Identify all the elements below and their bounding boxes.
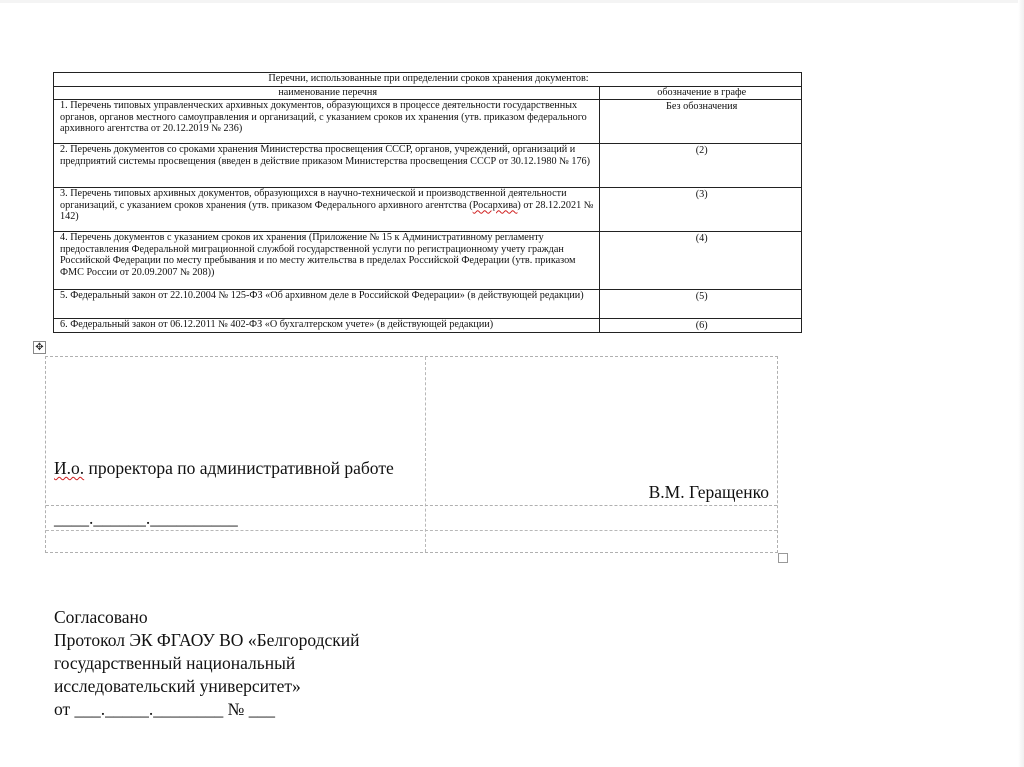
table-title-row: Перечни, использованные при определении … (54, 73, 802, 87)
approval-block: Согласовано Протокол ЭК ФГАОУ ВО «Белгор… (54, 606, 474, 721)
mark-cell[interactable]: (6) (600, 319, 802, 333)
page-right-edge (1018, 0, 1024, 767)
signatory-position[interactable]: И.о. проректора по административной рабо… (54, 457, 424, 480)
table-row: 1. Перечень типовых управленческих архив… (54, 100, 802, 144)
table-resize-handle[interactable] (778, 553, 788, 563)
gridline-horizontal (46, 505, 777, 506)
move-arrows-icon: ✥ (35, 342, 43, 353)
table-row: 6. Федеральный закон от 06.12.2011 № 402… (54, 319, 802, 333)
misspelled-word[interactable]: Росархива (473, 200, 518, 211)
misspelled-word[interactable]: И.о. (54, 458, 84, 478)
table-title[interactable]: Перечни, использованные при определении … (54, 73, 802, 87)
list-name-cell[interactable]: 4. Перечень документов с указанием сроко… (54, 232, 600, 290)
signature-date-line[interactable]: ____.______.__________ (54, 507, 238, 530)
list-name-cell[interactable]: 1. Перечень типовых управленческих архив… (54, 100, 600, 144)
mark-cell[interactable]: (2) (600, 144, 802, 188)
page-top-edge (0, 0, 1024, 3)
mark-cell[interactable]: (3) (600, 188, 802, 232)
table-row: 2. Перечень документов со сроками хранен… (54, 144, 802, 188)
approval-line[interactable]: Протокол ЭК ФГАОУ ВО «Белгородский (54, 629, 474, 652)
position-text: проректора по административной работе (84, 458, 394, 478)
approval-line[interactable]: от ___._____.________ № ___ (54, 698, 474, 721)
list-name-cell[interactable]: 3. Перечень типовых архивных документов,… (54, 188, 600, 232)
table-move-handle[interactable]: ✥ (33, 341, 46, 354)
table-row: 5. Федеральный закон от 22.10.2004 № 125… (54, 290, 802, 319)
gridline-horizontal (46, 530, 777, 531)
list-name-cell[interactable]: 6. Федеральный закон от 06.12.2011 № 402… (54, 319, 600, 333)
table-header-row: наименование перечня обозначение в графе (54, 87, 802, 100)
header-column-mark[interactable]: обозначение в графе (600, 87, 802, 100)
header-list-name[interactable]: наименование перечня (54, 87, 600, 100)
signature-table: И.о. проректора по административной рабо… (45, 356, 778, 553)
approval-line[interactable]: Согласовано (54, 606, 474, 629)
approval-line[interactable]: исследовательский университет» (54, 675, 474, 698)
signatory-name[interactable]: В.М. Геращенко (649, 481, 769, 504)
list-name-cell[interactable]: 5. Федеральный закон от 22.10.2004 № 125… (54, 290, 600, 319)
gridline-vertical (425, 357, 426, 552)
table-row: 4. Перечень документов с указанием сроко… (54, 232, 802, 290)
retention-lists-table: Перечни, использованные при определении … (53, 72, 802, 333)
mark-cell[interactable]: (4) (600, 232, 802, 290)
table-row: 3. Перечень типовых архивных документов,… (54, 188, 802, 232)
list-name-cell[interactable]: 2. Перечень документов со сроками хранен… (54, 144, 600, 188)
mark-cell[interactable]: (5) (600, 290, 802, 319)
approval-line[interactable]: государственный национальный (54, 652, 474, 675)
mark-cell[interactable]: Без обозначения (600, 100, 802, 144)
